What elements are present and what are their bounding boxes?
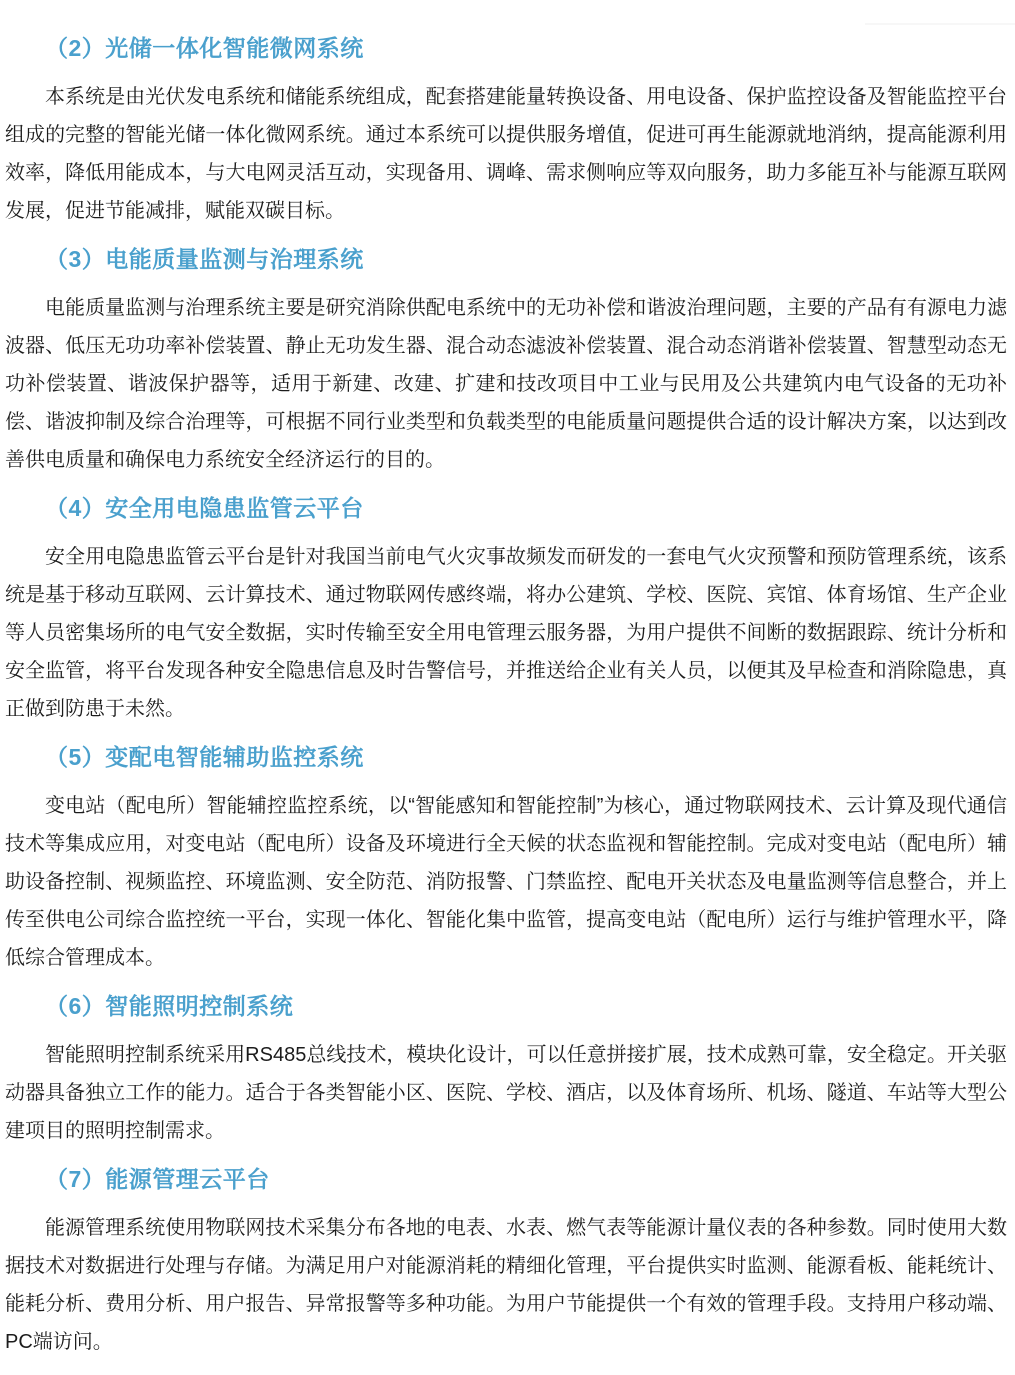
section-heading: （7）能源管理云平台 [5,1164,1007,1194]
section-7-energy-management-cloud: （7）能源管理云平台 能源管理系统使用物联网技术采集分布各地的电表、水表、燃气表… [5,1164,1007,1361]
page-top-right-artifact [865,23,1015,25]
section-paragraph: 本系统是由光伏发电系统和储能系统组成，配套搭建能量转换设备、用电设备、保护监控设… [5,78,1007,230]
section-heading: （5）变配电智能辅助监控系统 [5,742,1007,772]
section-paragraph: 能源管理系统使用物联网技术采集分布各地的电表、水表、燃气表等能源计量仪表的各种参… [5,1209,1007,1361]
section-paragraph: 智能照明控制系统采用RS485总线技术，模块化设计，可以任意拼接扩展，技术成熟可… [5,1036,1007,1150]
section-5-substation-auxiliary-monitoring: （5）变配电智能辅助监控系统 变电站（配电所）智能辅控监控系统，以“智能感知和智… [5,742,1007,977]
section-heading: （3）电能质量监测与治理系统 [5,244,1007,274]
section-4-electrical-safety-cloud: （4）安全用电隐患监管云平台 安全用电隐患监管云平台是针对我国当前电气火灾事故频… [5,493,1007,728]
section-heading: （6）智能照明控制系统 [5,991,1007,1021]
section-3-power-quality-monitoring: （3）电能质量监测与治理系统 电能质量监测与治理系统主要是研究消除供配电系统中的… [5,244,1007,479]
section-6-intelligent-lighting-control: （6）智能照明控制系统 智能照明控制系统采用RS485总线技术，模块化设计，可以… [5,991,1007,1150]
section-paragraph: 安全用电隐患监管云平台是针对我国当前电气火灾事故频发而研发的一套电气火灾预警和预… [5,538,1007,728]
section-2-pv-storage-microgrid: （2）光储一体化智能微网系统 本系统是由光伏发电系统和储能系统组成，配套搭建能量… [5,33,1007,230]
document-page: （2）光储一体化智能微网系统 本系统是由光伏发电系统和储能系统组成，配套搭建能量… [0,0,1015,1375]
section-heading: （2）光储一体化智能微网系统 [5,33,1007,63]
section-paragraph: 变电站（配电所）智能辅控监控系统，以“智能感知和智能控制”为核心，通过物联网技术… [5,787,1007,977]
section-paragraph: 电能质量监测与治理系统主要是研究消除供配电系统中的无功补偿和谐波治理问题，主要的… [5,289,1007,479]
section-heading: （4）安全用电隐患监管云平台 [5,493,1007,523]
